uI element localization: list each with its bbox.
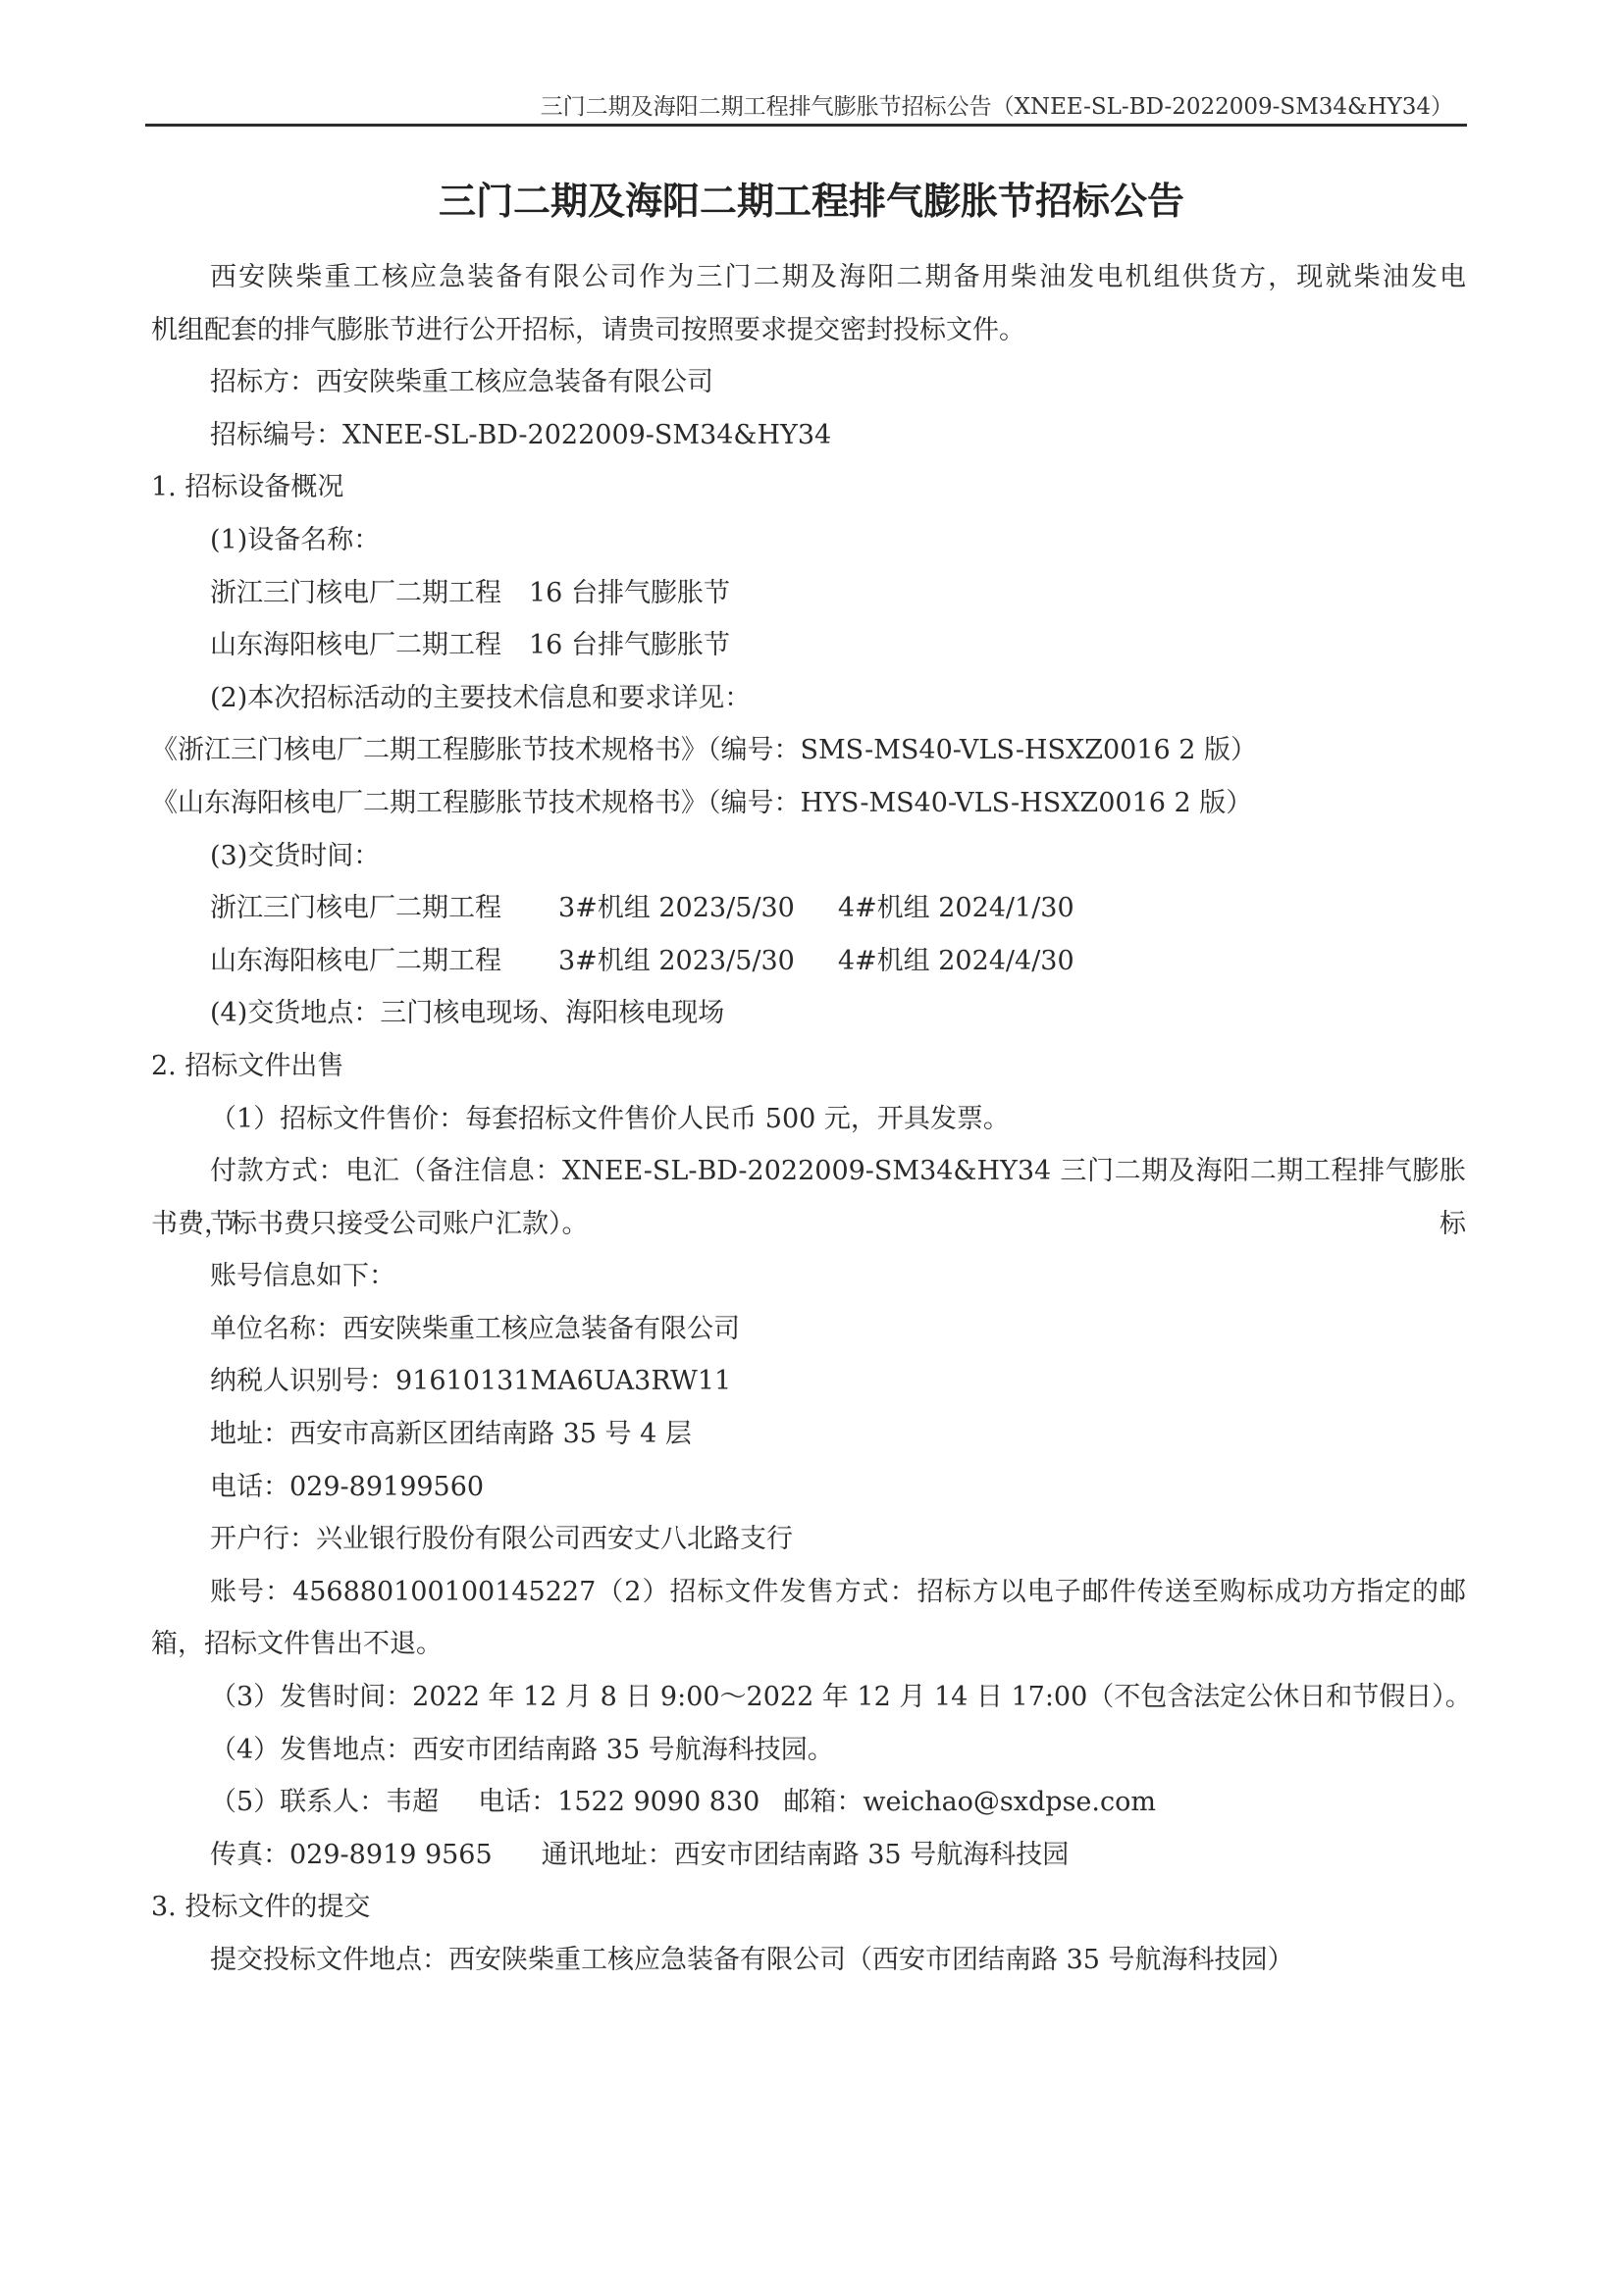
contact-phone: 电话：1522 9090 830: [478, 1787, 759, 1817]
document-price: （1）招标文件售价：每套招标文件售价人民币 500 元，开具发票。: [151, 1093, 1466, 1146]
sale-time: （3）发售时间：2022 年 12 月 8 日 9:00～2022 年 12 月…: [151, 1671, 1466, 1724]
fax-row: 传真：029-8919 9565通讯地址：西安市团结南路 35 号航海科技园: [151, 1829, 1466, 1882]
equipment-row: 浙江三门核电厂二期工程16 台排气膨胀节: [151, 567, 1466, 620]
tender-number: 招标编号：XNEE-SL-BD-2022009-SM34&HY34: [151, 409, 1466, 462]
equipment-row: 山东海阳核电厂二期工程16 台排气膨胀节: [151, 619, 1466, 672]
page-title: 三门二期及海阳二期工程排气膨胀节招标公告: [0, 177, 1623, 226]
contact-email[interactable]: 邮箱：weichao@sxdpse.com: [783, 1787, 1156, 1817]
payment-method-line-1: 付款方式：电汇（备注信息：XNEE-SL-BD-2022009-SM34&HY3…: [151, 1145, 1466, 1198]
contact-row: （5）联系人：韦超电话：1522 9090 830邮箱：weichao@sxdp…: [151, 1776, 1466, 1829]
equipment-qty: 16 台排气膨胀节: [529, 578, 730, 608]
delivery-unit4: 4#机组 2024/4/30: [838, 946, 1074, 976]
tax-id: 纳税人识别号：91610131MA6UA3RW11: [151, 1355, 1466, 1408]
spec-reference: 《浙江三门核电厂二期工程膨胀节技术规格书》（编号：SMS-MS40-VLS-HS…: [151, 724, 1466, 777]
document-body: 西安陕柴重工核应急装备有限公司作为三门二期及海阳二期备用柴油发电机组供货方，现就…: [151, 251, 1466, 1987]
bank: 开户行：兴业银行股份有限公司西安丈八北路支行: [151, 1513, 1466, 1566]
account-line-2: 箱，招标文件售出不退。: [151, 1618, 1466, 1671]
mail-address: 通讯地址：西安市团结南路 35 号航海科技园: [542, 1840, 1070, 1870]
delivery-project: 山东海阳核电厂二期工程: [210, 946, 501, 976]
running-header: 三门二期及海阳二期工程排气膨胀节招标公告（XNEE-SL-BD-2022009-…: [145, 90, 1467, 127]
running-header-text: 三门二期及海阳二期工程排气膨胀节招标公告（XNEE-SL-BD-2022009-…: [541, 94, 1453, 120]
contact-person: （5）联系人：韦超: [210, 1787, 439, 1817]
tech-info-label: (2)本次招标活动的主要技术信息和要求详见：: [151, 672, 1466, 725]
delivery-row: 浙江三门核电厂二期工程3#机组 2023/5/304#机组 2024/1/30: [151, 882, 1466, 935]
delivery-time-label: (3)交货时间：: [151, 830, 1466, 883]
intro-line-2: 机组配套的排气膨胀节进行公开招标，请贵司按照要求提交密封投标文件。: [151, 304, 1466, 357]
section-2-heading: 2. 招标文件出售: [151, 1040, 1466, 1093]
delivery-unit4: 4#机组 2024/1/30: [838, 893, 1074, 923]
tenderer: 招标方：西安陕柴重工核应急装备有限公司: [151, 356, 1466, 409]
intro-line-1: 西安陕柴重工核应急装备有限公司作为三门二期及海阳二期备用柴油发电机组供货方，现就…: [151, 251, 1466, 304]
delivery-place: (4)交货地点：三门核电现场、海阳核电现场: [151, 987, 1466, 1040]
delivery-row: 山东海阳核电厂二期工程3#机组 2023/5/304#机组 2024/4/30: [151, 935, 1466, 988]
equipment-project: 山东海阳核电厂二期工程: [210, 630, 501, 660]
spec-reference: 《山东海阳核电厂二期工程膨胀节技术规格书》（编号：HYS-MS40-VLS-HS…: [151, 777, 1466, 830]
equipment-project: 浙江三门核电厂二期工程: [210, 578, 501, 608]
delivery-project: 浙江三门核电厂二期工程: [210, 893, 501, 923]
sale-place: （4）发售地点：西安市团结南路 35 号航海科技园。: [151, 1724, 1466, 1777]
phone: 电话：029-89199560: [151, 1461, 1466, 1514]
equipment-name-label: (1)设备名称：: [151, 514, 1466, 567]
account-line-1: 账号：456880100100145227（2）招标文件发售方式：招标方以电子邮…: [151, 1566, 1466, 1619]
account-info-intro: 账号信息如下：: [151, 1250, 1466, 1303]
delivery-unit3: 3#机组 2023/5/30: [558, 946, 795, 976]
section-1-heading: 1. 招标设备概况: [151, 461, 1466, 514]
unit-name: 单位名称：西安陕柴重工核应急装备有限公司: [151, 1303, 1466, 1356]
section-3-heading: 3. 投标文件的提交: [151, 1881, 1466, 1934]
address: 地址：西安市高新区团结南路 35 号 4 层: [151, 1408, 1466, 1461]
submission-place: 提交投标文件地点：西安陕柴重工核应急装备有限公司（西安市团结南路 35 号航海科…: [151, 1934, 1466, 1987]
fax: 传真：029-8919 9565: [210, 1840, 493, 1870]
equipment-qty: 16 台排气膨胀节: [529, 630, 730, 660]
delivery-unit3: 3#机组 2023/5/30: [558, 893, 795, 923]
